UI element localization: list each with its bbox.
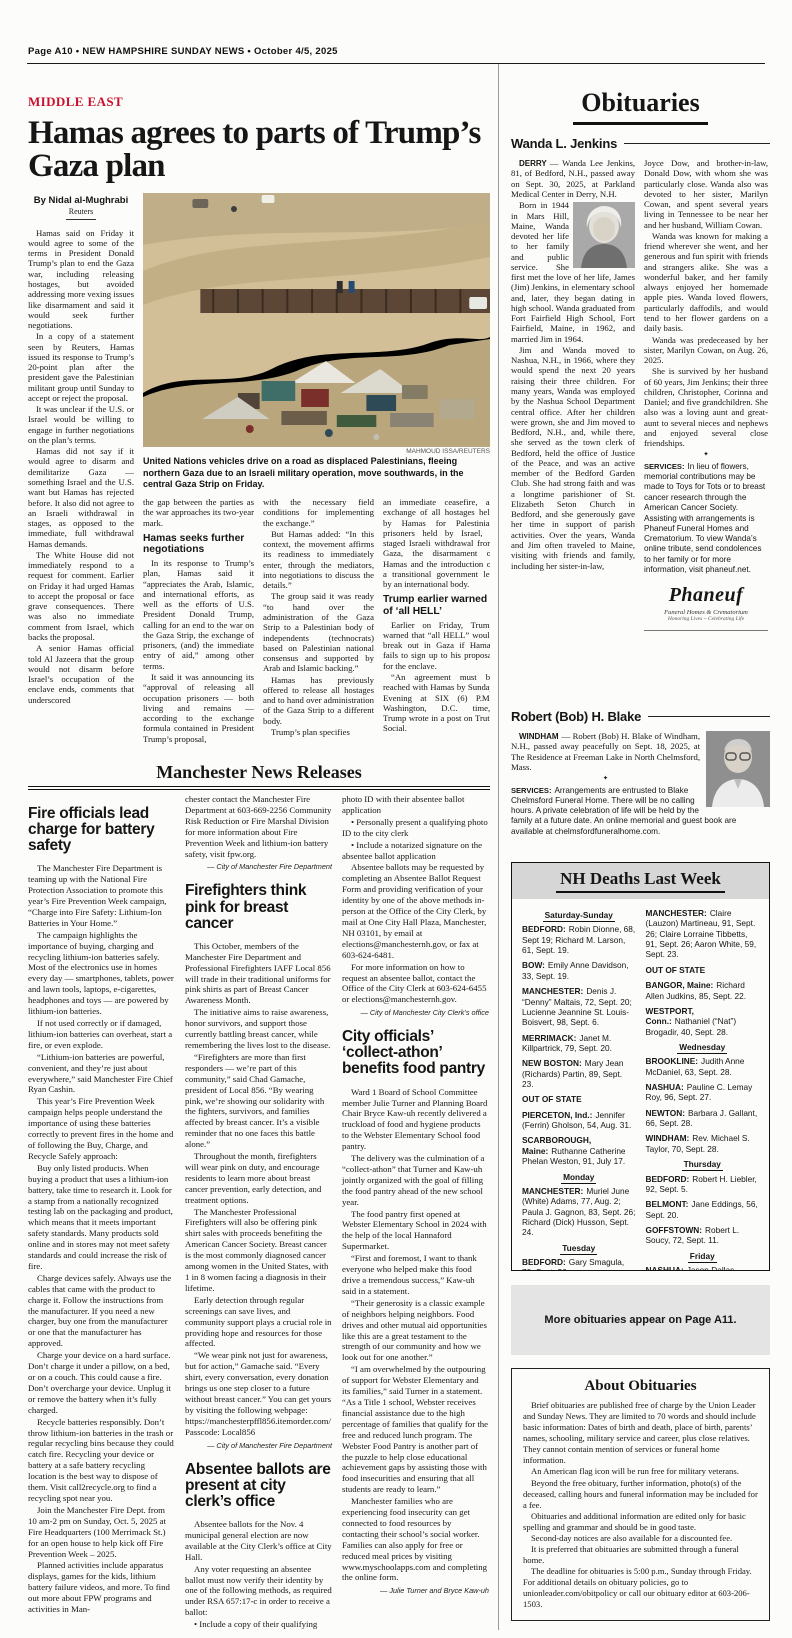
nh-deaths-title: NH Deaths Last Week: [556, 869, 725, 893]
obit-column-1: DERRY— Wanda Lee Jenkins, 81, of Bedford…: [511, 158, 635, 698]
paragraph: Brief obituaries are published free of c…: [523, 1400, 758, 1466]
paragraph: Manchester families who are experiencing…: [342, 1496, 489, 1583]
paragraph: “We wear pink not just for awareness, bu…: [185, 1350, 332, 1437]
paragraph: It is preferred that obituaries are subm…: [523, 1544, 758, 1566]
paragraph: Early detection through regular screenin…: [185, 1295, 332, 1350]
paragraph: Throughout the month, firefighters will …: [185, 1151, 332, 1206]
death-notice: Saturday-Sunday: [522, 910, 636, 920]
nh-deaths-column-2: MANCHESTER:Claire (Lauzon) Martineau, 91…: [646, 908, 760, 1260]
paragraph: The White House did not immediately resp…: [28, 550, 134, 642]
news-column-1: Fire officials lead charge for battery s…: [28, 794, 175, 1630]
page-content: MIDDLE EAST Hamas agrees to parts of Tru…: [0, 64, 792, 1630]
paragraph: Hamas has previously offered to release …: [263, 675, 374, 726]
paragraph: The delivery was the culmination of a “c…: [342, 1153, 489, 1208]
main-column-area: MIDDLE EAST Hamas agrees to parts of Tru…: [28, 64, 499, 1630]
obit-name-rule: [648, 716, 770, 717]
phaneuf-logo-wordmark: Phaneuf: [644, 584, 768, 608]
article-kicker: MIDDLE EAST: [28, 94, 490, 110]
death-notice: MANCHESTER:Claire (Lauzon) Martineau, 91…: [646, 908, 760, 960]
paragraph: Hamas said on Friday it would agree to s…: [28, 228, 134, 331]
paragraph: It was unclear if the U.S. or Israel wou…: [28, 404, 134, 445]
paragraph: “First and foremost, I want to thank eve…: [342, 1253, 489, 1297]
photo-credit: MAHMOUD ISSA/REUTERS: [143, 448, 490, 455]
paragraph: “I am overwhelmed by the outpouring of s…: [342, 1364, 489, 1495]
paragraph: Joyce Dow, and brother-in-law, Donald Do…: [644, 158, 768, 230]
paragraph: — City of Manchester City Clerk’s office: [342, 1008, 489, 1017]
gaza-lower-columns: the gap between the parties as the war a…: [143, 497, 490, 749]
obit-name-row: Robert (Bob) H. Blake: [511, 709, 770, 724]
paragraph: — Julie Turner and Bryce Kaw-uh: [342, 1586, 489, 1595]
paragraph: • Include a copy of their qualifying: [185, 1619, 332, 1630]
paragraph: This year’s Fire Prevention Week campaig…: [28, 1096, 175, 1161]
obituaries-header: Obituaries: [511, 88, 770, 125]
paragraph: Ward 1 Board of School Committee member …: [342, 1087, 489, 1152]
paragraph: City officials’ ‘collect-athon’ benefits…: [342, 1029, 489, 1077]
paragraph: Earlier on Friday, Trump warned that “al…: [383, 620, 490, 671]
about-obituaries-box: About Obituaries Brief obituaries are pu…: [511, 1368, 770, 1621]
paragraph: • Include a notarized signature on the a…: [342, 840, 489, 862]
paragraph: Wanda was known for making a friend wher…: [644, 231, 768, 334]
photo-caption: United Nations vehicles drive on a road …: [143, 456, 490, 491]
death-notice: BROOKLINE:Judith Anne McDaniel, 63, Sept…: [646, 1056, 760, 1077]
obituaries-title: Obituaries: [573, 88, 707, 125]
paragraph: “Lithium-ion batteries are powerful, con…: [28, 1052, 175, 1096]
robert-blake-photo: [706, 731, 770, 807]
gaza-column-3: with the necessary field conditions for …: [263, 497, 374, 749]
paragraph: an immediate ceasefire, an exchange of a…: [383, 497, 490, 589]
death-notice: OUT OF STATE: [646, 965, 760, 975]
paragraph: Fire officials lead charge for battery s…: [28, 806, 175, 854]
paragraph: the gap between the parties as the war a…: [143, 497, 254, 528]
portrait-illustration: [706, 731, 770, 807]
obit-name-row: Wanda L. Jenkins: [511, 136, 770, 151]
paragraph: The campaign highlights the importance o…: [28, 930, 175, 1017]
death-notice: NEWTON:Barbara J. Gallant, 66, Sept. 28.: [646, 1108, 760, 1129]
section-header-manchester-news-releases: Manchester News Releases: [28, 762, 490, 790]
paragraph: • Personally present a qualifying photo …: [342, 817, 489, 839]
obit-robert-blake: Robert (Bob) H. Blake: [511, 709, 770, 851]
gaza-column-1-text: Hamas said on Friday it would agree to s…: [28, 228, 134, 705]
more-obituaries-note: More obituaries appear on Page A11.: [544, 1314, 736, 1326]
obituaries-rail: Obituaries Wanda L. Jenkins DERRY— Wanda…: [511, 64, 770, 1630]
death-notice: NASHUA:Pauline C. Lemay Roy, 96, Sept. 2…: [646, 1082, 760, 1103]
paragraph: Firefighters think pink for breast cance…: [185, 883, 332, 931]
paragraph: — City of Manchester Fire Department: [185, 862, 332, 871]
obit-wanda-jenkins: Wanda L. Jenkins DERRY— Wanda Lee Jenkin…: [511, 136, 770, 698]
paragraph: Obituaries and additional information ar…: [523, 1511, 758, 1533]
gaza-photo-block: MAHMOUD ISSA/REUTERS United Nations vehi…: [143, 193, 490, 749]
death-notice: MANCHESTER:Muriel June (White) Adams, 77…: [522, 1186, 636, 1238]
paragraph: Absentee ballots may be requested by com…: [342, 862, 489, 960]
obit-name: Wanda L. Jenkins: [511, 136, 617, 151]
paragraph: SERVICES:In lieu of flowers, memorial co…: [644, 462, 768, 513]
paragraph: Hamas did not say if it would agree to d…: [28, 446, 134, 549]
paragraph: Any voter requesting an absentee ballot …: [185, 1564, 332, 1619]
death-notice: BELMONT:Jane Eddings, 56, Sept. 20.: [646, 1199, 760, 1220]
death-notice: PIERCETON, Ind.:Jennifer (Ferrin) Gholso…: [522, 1110, 636, 1131]
death-notice: BOW:Emily Anne Davidson, 33, Sept. 19.: [522, 960, 636, 981]
death-notice: BEDFORD:Robin Dionne, 68, Sept 19; Richa…: [522, 924, 636, 955]
paragraph: The group said it was ready “to hand ove…: [263, 591, 374, 673]
paragraph: — City of Manchester Fire Department: [185, 1441, 332, 1450]
newspaper-page: Page A10 • NEW HAMPSHIRE SUNDAY NEWS • O…: [0, 0, 792, 1638]
paragraph: ✦: [644, 451, 768, 459]
news-release-columns: Fire officials lead charge for battery s…: [28, 794, 490, 1630]
paragraph: But Hamas added: “In this context, the m…: [263, 529, 374, 591]
about-obituaries-text: Brief obituaries are published free of c…: [523, 1400, 758, 1610]
death-notice: MERRIMACK:Janet M. Killpartrick, 79, Sep…: [522, 1033, 636, 1054]
byline-org: Reuters: [66, 206, 96, 219]
paragraph: The deadline for obituaries is 5:00 p.m.…: [523, 1566, 758, 1610]
paragraph: Recycle batteries responsibly. Don’t thr…: [28, 1417, 175, 1504]
paragraph: Beyond the free obituary, further inform…: [523, 1478, 758, 1511]
death-notice: SCARBOROUGH, Maine:Ruthanne Catherine Ph…: [522, 1135, 636, 1166]
paragraph: Jim and Wanda moved to Nashua, N.H., in …: [511, 345, 635, 571]
paragraph: photo ID with their absentee ballot appl…: [342, 794, 489, 816]
gaza-article: MIDDLE EAST Hamas agrees to parts of Tru…: [28, 94, 490, 749]
gaza-column-2: the gap between the parties as the war a…: [143, 497, 254, 749]
death-notice: BANGOR, Maine:Richard Allen Judkins, 85,…: [646, 980, 760, 1001]
paragraph: In its response to Trump’s plan, Hamas s…: [143, 558, 254, 671]
paragraph: The Manchester Professional Firefighters…: [185, 1207, 332, 1294]
obit-column-2-text: Joyce Dow, and brother-in-law, Donald Do…: [644, 158, 768, 575]
nh-deaths-body: Saturday-SundayBEDFORD:Robin Dionne, 68,…: [512, 899, 769, 1270]
gaza-photo: [143, 193, 490, 447]
paragraph: Charge devices safely. Always use the ca…: [28, 1273, 175, 1349]
paragraph: chester contact the Manchester Fire Depa…: [185, 794, 332, 859]
phaneuf-funeral-home-logo: Phaneuf Funeral Homes & Crematorium Hono…: [644, 584, 768, 631]
paragraph: Trump’s plan specifies: [263, 727, 374, 737]
paragraph: “Firefighters are more than first respon…: [185, 1052, 332, 1150]
paragraph: This October, members of the Manchester …: [185, 941, 332, 1006]
paragraph: It said it was announcing its “approval …: [143, 672, 254, 744]
about-obituaries-title: About Obituaries: [523, 1378, 758, 1395]
death-notice: NEW BOSTON:Mary Jean (Richards) Partin, …: [522, 1058, 636, 1089]
paragraph: A senior Hamas official told Al Jazeera …: [28, 643, 134, 705]
paragraph: In a copy of a statement seen by Reuters…: [28, 331, 134, 403]
death-notice: Friday: [646, 1251, 760, 1261]
death-notice: Tuesday: [522, 1243, 636, 1253]
obit-blake-body: WINDHAM— Robert (Bob) H. Blake of Windha…: [511, 731, 770, 851]
death-notice: MANCHESTER:Denis J. “Denny” Maltais, 72,…: [522, 986, 636, 1027]
section-title: Manchester News Releases: [156, 762, 362, 782]
paragraph: Planned activities include apparatus dis…: [28, 1560, 175, 1615]
gaza-column-4: an immediate ceasefire, an exchange of a…: [383, 497, 490, 749]
paragraph: Charge your device on a hard surface. Do…: [28, 1350, 175, 1415]
paragraph: Absentee ballots are present at city cle…: [185, 1462, 332, 1510]
paragraph: An American flag icon will be run free f…: [523, 1466, 758, 1477]
nh-deaths-header: NH Deaths Last Week: [512, 863, 769, 899]
obit-name: Robert (Bob) H. Blake: [511, 709, 641, 724]
paragraph: Trump earlier warned of ‘all HELL’: [383, 594, 490, 616]
obit-columns: DERRY— Wanda Lee Jenkins, 81, of Bedford…: [511, 158, 770, 698]
paragraph: “An agreement must be reached with Hamas…: [383, 672, 490, 734]
paragraph: The Manchester Fire Department is teamin…: [28, 863, 175, 928]
paragraph: Assisting with arrangements is Phaneuf F…: [644, 514, 768, 575]
phaneuf-logo-tagline: Honoring Lives ~ Celebrating Life: [644, 616, 768, 622]
more-obituaries-note-box: More obituaries appear on Page A11.: [511, 1285, 770, 1355]
death-notice: BEDFORD:Gary Smagula, 70, Sept. 26.: [522, 1257, 636, 1270]
paragraph: Absentee ballots for the Nov. 4 municipa…: [185, 1519, 332, 1563]
paragraph: The food pantry first opened at Webster …: [342, 1209, 489, 1253]
news-column-3: photo ID with their absentee ballot appl…: [342, 794, 489, 1630]
manchester-news-releases-section: Manchester News Releases Fire officials …: [28, 762, 490, 1630]
paragraph: “Their generosity is a classic example o…: [342, 1298, 489, 1363]
gaza-photo-illustration: [143, 193, 490, 447]
nh-deaths-box: NH Deaths Last Week Saturday-SundayBEDFO…: [511, 862, 770, 1271]
death-notice: Wednesday: [646, 1042, 760, 1052]
article-headline: Hamas agrees to parts of Trump’s Gaza pl…: [28, 117, 490, 183]
death-notice: WINDHAM:Rev. Michael S. Taylor, 70, Sept…: [646, 1133, 760, 1154]
death-notice: WESTPORT, Conn.:Nathaniel (“Nat”) Brogad…: [646, 1006, 760, 1037]
news-column-2: chester contact the Manchester Fire Depa…: [185, 794, 332, 1630]
byline-author: By Nidal al-Mughrabi: [28, 195, 134, 206]
gaza-column-1: By Nidal al-Mughrabi Reuters Hamas said …: [28, 193, 134, 749]
paragraph: Join the Manchester Fire Dept. from 10 a…: [28, 1505, 175, 1560]
byline: By Nidal al-Mughrabi Reuters: [28, 195, 134, 220]
paragraph: Hamas seeks further negotiations: [143, 533, 254, 555]
nh-deaths-column-1: Saturday-SundayBEDFORD:Robin Dionne, 68,…: [522, 908, 636, 1260]
paragraph: Second-day notices are also available fo…: [523, 1533, 758, 1544]
death-notice: Thursday: [646, 1159, 760, 1169]
paragraph: Wanda was predeceased by her sister, Mar…: [644, 335, 768, 366]
portrait-illustration: [573, 202, 635, 268]
death-notice: NASHUA:Jason Dallas Moreau, 26, Sept. 29…: [646, 1265, 760, 1270]
paragraph: Buy only listed products. When buying a …: [28, 1163, 175, 1272]
wanda-jenkins-photo: [573, 202, 635, 268]
paragraph: The initiative aims to raise awareness, …: [185, 1007, 332, 1051]
paragraph: She is survived by her husband of 60 yea…: [644, 366, 768, 448]
death-notice: BEDFORD:Robert H. Liebler, 92, Sept. 5.: [646, 1174, 760, 1195]
death-notice: GOFFSTOWN:Robert L. Soucy, 72, Sept. 11.: [646, 1225, 760, 1246]
obit-name-rule: [624, 143, 770, 144]
paragraph: For more information on how to request a…: [342, 962, 489, 1006]
obit-dateline-paragraph: DERRY— Wanda Lee Jenkins, 81, of Bedford…: [511, 158, 635, 199]
paragraph: If not used correctly or if damaged, lit…: [28, 1018, 175, 1051]
folio: Page A10 • NEW HAMPSHIRE SUNDAY NEWS • O…: [0, 0, 792, 63]
obit-column-2: Joyce Dow, and brother-in-law, Donald Do…: [644, 158, 768, 698]
death-notice: Monday: [522, 1172, 636, 1182]
paragraph: with the necessary field conditions for …: [263, 497, 374, 528]
gaza-article-body: By Nidal al-Mughrabi Reuters Hamas said …: [28, 193, 490, 749]
death-notice: OUT OF STATE: [522, 1094, 636, 1104]
